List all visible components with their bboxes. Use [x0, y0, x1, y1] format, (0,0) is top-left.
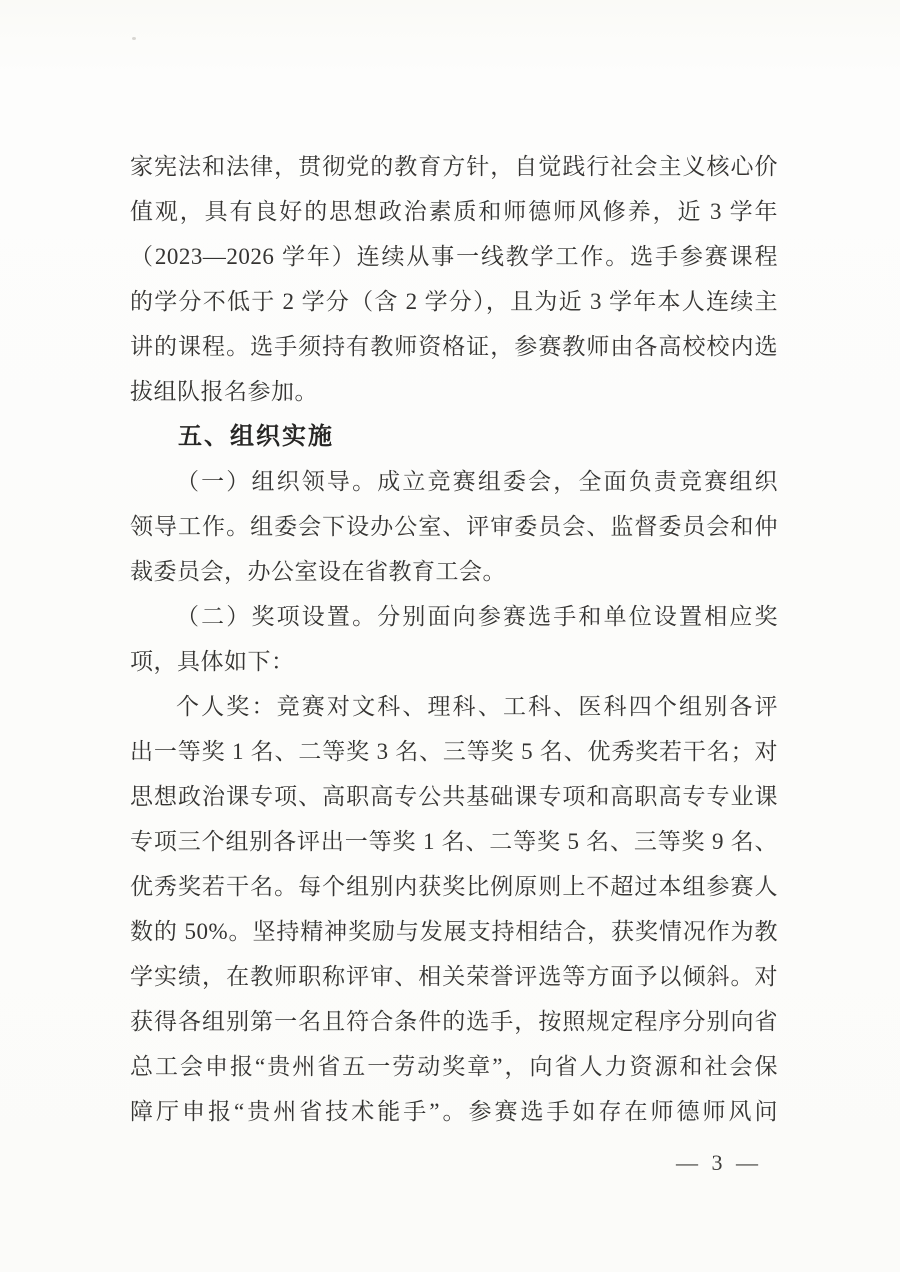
text-line: （二）奖项设置。分别面向参赛选手和单位设置相应奖: [130, 594, 778, 639]
text-line: 领导工作。组委会下设办公室、评审委员会、监督委员会和仲: [130, 504, 778, 549]
text-line: 值观，具有良好的思想政治素质和师德师风修养，近 3 学年: [130, 189, 778, 234]
text-line: （2023—2026 学年）连续从事一线教学工作。选手参赛课程: [130, 234, 778, 279]
text-line: 学实绩，在教师职称评审、相关荣誉评选等方面予以倾斜。对: [130, 954, 778, 999]
scan-artifact: [132, 37, 136, 40]
text-line: 讲的课程。选手须持有教师资格证，参赛教师由各高校校内选: [130, 324, 778, 369]
text-line: 的学分不低于 2 学分（含 2 学分），且为近 3 学年本人连续主: [130, 279, 778, 324]
text-line: 项，具体如下：: [130, 639, 778, 684]
page-number: — 3 —: [676, 1140, 762, 1185]
text-line: 思想政治课专项、高职高专公共基础课专项和高职高专专业课: [130, 774, 778, 819]
text-line: 裁委员会，办公室设在省教育工会。: [130, 549, 778, 594]
text-line: （一）组织领导。成立竞赛组委会，全面负责竞赛组织: [130, 459, 778, 504]
text-line: 总工会申报“贵州省五一劳动奖章”，向省人力资源和社会保: [130, 1044, 778, 1089]
document-body: 家宪法和法律，贯彻党的教育方针，自觉践行社会主义核心价 值观，具有良好的思想政治…: [130, 144, 778, 1134]
text-line: 专项三个组别各评出一等奖 1 名、二等奖 5 名、三等奖 9 名、: [130, 819, 778, 864]
text-line: 拔组队报名参加。: [130, 369, 778, 414]
text-line: 障厅申报“贵州省技术能手”。参赛选手如存在师德师风问: [130, 1089, 778, 1134]
text-line: 优秀奖若干名。每个组别内获奖比例原则上不超过本组参赛人: [130, 864, 778, 909]
text-line: 出一等奖 1 名、二等奖 3 名、三等奖 5 名、优秀奖若干名；对: [130, 729, 778, 774]
text-line: 数的 50%。坚持精神奖励与发展支持相结合，获奖情况作为教: [130, 909, 778, 954]
document-page: 家宪法和法律，贯彻党的教育方针，自觉践行社会主义核心价 值观，具有良好的思想政治…: [0, 0, 900, 1272]
section-heading: 五、组织实施: [130, 414, 778, 459]
text-line: 个人奖：竞赛对文科、理科、工科、医科四个组别各评: [130, 684, 778, 729]
text-line: 家宪法和法律，贯彻党的教育方针，自觉践行社会主义核心价: [130, 144, 778, 189]
text-line: 获得各组别第一名且符合条件的选手，按照规定程序分别向省: [130, 999, 778, 1044]
